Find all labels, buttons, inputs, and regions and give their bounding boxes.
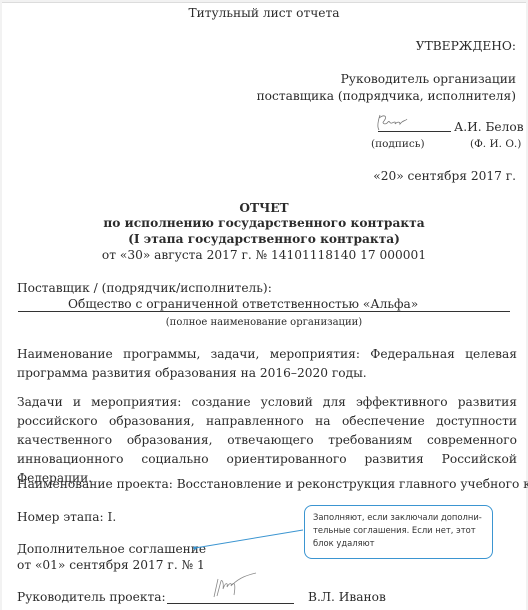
annotation-callout: Заполняют, если заключали дополни-тельны…: [304, 505, 493, 559]
project-head-signature-line: [167, 603, 294, 604]
project-head-signature: [208, 571, 258, 601]
project-head-label: Руководитель проекта:: [17, 590, 166, 605]
document-page: Титульный лист отчета УТВЕРЖДЕНО: Руково…: [2, 2, 526, 610]
project-head-name: В.Л. Иванов: [308, 590, 386, 605]
